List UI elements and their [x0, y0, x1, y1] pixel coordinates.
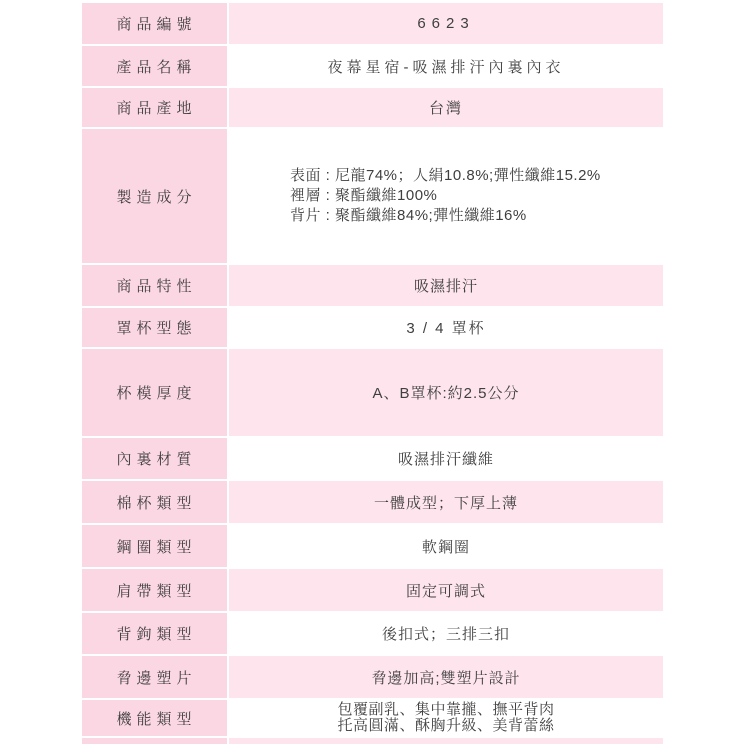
- spec-label: 商品特性: [82, 265, 227, 306]
- spec-label-text: 機能類型: [116, 708, 196, 729]
- spec-label: 棉杯類型: [82, 481, 227, 523]
- spec-row-composition: 製造成分 表面 : 尼龍74%；人絹10.8%;彈性纖維15.2% 裡層 : 聚…: [82, 129, 663, 263]
- spec-value: 表面 : 尼龍74%；人絹10.8%;彈性纖維15.2% 裡層 : 聚酯纖維10…: [229, 129, 663, 263]
- spec-value: 夜幕星宿-吸濕排汗內裏內衣: [229, 46, 663, 86]
- spec-value: 一體成型；下厚上薄: [229, 481, 663, 523]
- spec-label: 肩帶類型: [82, 569, 227, 611]
- spec-label-text: 商品特性: [116, 275, 196, 296]
- product-spec-table: 商品編號 6623 產品名稱 夜幕星宿-吸濕排汗內裏內衣 商品產地 台灣 製造成…: [82, 3, 663, 744]
- spec-label: 機能類型: [82, 700, 227, 736]
- spec-label-text: 肩帶類型: [116, 580, 196, 601]
- composition-lines: 表面 : 尼龍74%；人絹10.8%;彈性纖維15.2% 裡層 : 聚酯纖維10…: [229, 166, 663, 226]
- spec-value-text: 台灣: [429, 97, 463, 118]
- spec-row-wire-type: 鋼圈類型 軟鋼圈: [82, 525, 663, 567]
- spec-value-text: A、B罩杯:約2.5公分: [372, 382, 519, 403]
- function-line: 托高圓滿、酥胸升級、美背蕾絲: [229, 718, 663, 734]
- spec-value: 後扣式；三排三扣: [229, 613, 663, 654]
- spec-value-text: 吸濕排汗: [414, 275, 478, 296]
- spec-row-side-panel: 脅邊塑片 脅邊加高;雙塑片設計: [82, 656, 663, 698]
- spec-value-text: 軟鋼圈: [422, 536, 470, 557]
- spec-value-text: 後扣式；三排三扣: [382, 623, 510, 644]
- spec-label: 背鉤類型: [82, 613, 227, 654]
- composition-line: 背片 : 聚酯纖維84%;彈性纖維16%: [290, 206, 663, 226]
- spec-row-cup-thickness: 杯模厚度 A、B罩杯:約2.5公分: [82, 349, 663, 436]
- spec-label-text: 內裏材質: [116, 448, 196, 469]
- spec-label: 脅邊塑片: [82, 656, 227, 698]
- spec-value: 台灣: [229, 88, 663, 127]
- spec-value: 包覆副乳、集中靠攏、撫平背肉 托高圓滿、酥胸升級、美背蕾絲: [229, 700, 663, 736]
- spec-row-partial: [82, 738, 663, 744]
- spec-value-text: 6623: [417, 15, 474, 32]
- spec-value-text: 脅邊加高;雙塑片設計: [371, 667, 520, 688]
- spec-label: 商品編號: [82, 3, 227, 44]
- spec-value: 吸濕排汗: [229, 265, 663, 306]
- spec-row-product-id: 商品編號 6623: [82, 3, 663, 44]
- function-line: 包覆副乳、集中靠攏、撫平背肉: [229, 702, 663, 718]
- spec-label: 產品名稱: [82, 46, 227, 86]
- spec-value-text: 一體成型；下厚上薄: [374, 492, 518, 513]
- spec-value: 6623: [229, 3, 663, 44]
- spec-row-product-name: 產品名稱 夜幕星宿-吸濕排汗內裏內衣: [82, 46, 663, 86]
- spec-value: [229, 738, 663, 744]
- spec-row-pad-type: 棉杯類型 一體成型；下厚上薄: [82, 481, 663, 523]
- spec-value: A、B罩杯:約2.5公分: [229, 349, 663, 436]
- composition-line: 裡層 : 聚酯纖維100%: [290, 186, 663, 206]
- spec-label-text: 杯模厚度: [116, 382, 196, 403]
- spec-label: 商品產地: [82, 88, 227, 127]
- composition-line: 表面 : 尼龍74%；人絹10.8%;彈性纖維15.2%: [290, 166, 663, 186]
- spec-label-text: 罩杯型態: [116, 317, 196, 338]
- spec-value: 脅邊加高;雙塑片設計: [229, 656, 663, 698]
- spec-row-lining-material: 內裏材質 吸濕排汗纖維: [82, 438, 663, 479]
- spec-row-hook-type: 背鉤類型 後扣式；三排三扣: [82, 613, 663, 654]
- spec-row-function-type: 機能類型 包覆副乳、集中靠攏、撫平背肉 托高圓滿、酥胸升級、美背蕾絲: [82, 700, 663, 736]
- spec-value-text: 夜幕星宿-吸濕排汗內裏內衣: [328, 56, 565, 77]
- spec-row-strap-type: 肩帶類型 固定可調式: [82, 569, 663, 611]
- spec-label-text: 鋼圈類型: [116, 536, 196, 557]
- spec-value-text: 固定可調式: [406, 580, 486, 601]
- spec-label: 製造成分: [82, 129, 227, 263]
- spec-label-text: 製造成分: [116, 186, 196, 207]
- spec-label: 內裏材質: [82, 438, 227, 479]
- spec-label-text: 棉杯類型: [116, 492, 196, 513]
- function-lines: 包覆副乳、集中靠攏、撫平背肉 托高圓滿、酥胸升級、美背蕾絲: [229, 702, 663, 734]
- spec-label-text: 商品產地: [116, 97, 196, 118]
- spec-value-text: 吸濕排汗纖維: [398, 448, 494, 469]
- spec-value: 軟鋼圈: [229, 525, 663, 567]
- spec-label: [82, 738, 227, 744]
- spec-row-origin: 商品產地 台灣: [82, 88, 663, 127]
- spec-label: 鋼圈類型: [82, 525, 227, 567]
- spec-row-feature: 商品特性 吸濕排汗: [82, 265, 663, 306]
- spec-row-cup-type: 罩杯型態 3 / 4 罩杯: [82, 308, 663, 347]
- spec-value: 3 / 4 罩杯: [229, 308, 663, 347]
- spec-value-text: 3 / 4 罩杯: [406, 317, 485, 338]
- spec-label-text: 背鉤類型: [116, 623, 196, 644]
- spec-label-text: 商品編號: [116, 13, 196, 34]
- spec-label: 罩杯型態: [82, 308, 227, 347]
- spec-label-text: 脅邊塑片: [116, 667, 196, 688]
- spec-value: 吸濕排汗纖維: [229, 438, 663, 479]
- spec-label-text: 產品名稱: [116, 56, 196, 77]
- spec-label: 杯模厚度: [82, 349, 227, 436]
- spec-value: 固定可調式: [229, 569, 663, 611]
